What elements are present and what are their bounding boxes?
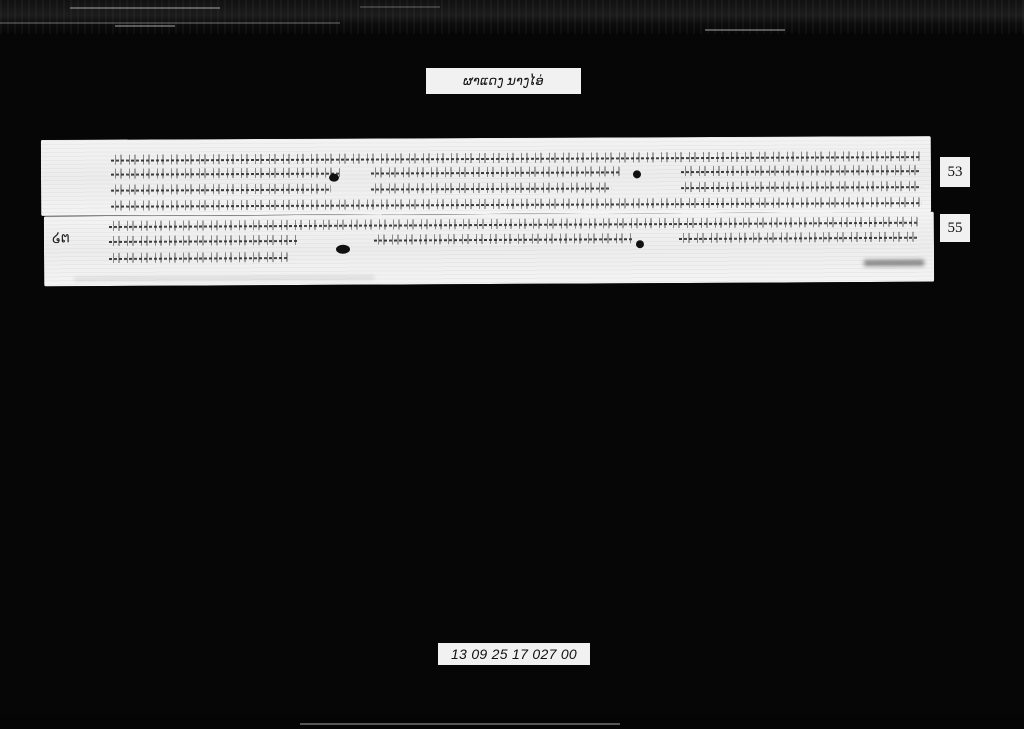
script-line <box>111 189 331 192</box>
script-line <box>111 202 921 208</box>
script-line <box>109 222 919 228</box>
stain <box>864 260 924 266</box>
binding-hole <box>336 245 350 254</box>
binding-hole <box>636 240 644 248</box>
leaf-number-label: 55 <box>940 214 970 242</box>
script-line <box>111 173 341 176</box>
script-line <box>109 257 289 260</box>
leaf-number: 55 <box>948 220 963 237</box>
leaf-number-label: 53 <box>940 157 970 187</box>
film-edge-bottom <box>0 715 1024 729</box>
reel-code: 13 09 25 17 027 00 <box>451 646 577 662</box>
script-line <box>109 240 299 243</box>
palm-leaf-53 <box>41 136 931 216</box>
script-line <box>371 187 611 190</box>
leaf-side-marker: ໒ຕ <box>52 230 70 246</box>
script-line <box>681 170 921 173</box>
script-line <box>371 171 621 174</box>
manuscript-title-label: ຜາແດງ ນາງໄອ່ <box>426 68 581 94</box>
script-line <box>679 237 919 240</box>
script-line <box>111 156 921 162</box>
palm-leaf-55: ໒ຕ <box>44 212 934 287</box>
film-edge-top <box>0 0 1024 34</box>
leaf-number: 53 <box>948 164 963 181</box>
scratch <box>74 277 374 281</box>
reel-code-label: 13 09 25 17 027 00 <box>438 643 590 665</box>
script-line <box>374 238 634 241</box>
script-line <box>681 186 921 189</box>
title-text: ຜາແດງ ນາງໄອ່ <box>463 74 543 89</box>
binding-hole <box>329 174 339 182</box>
binding-hole <box>633 170 641 178</box>
